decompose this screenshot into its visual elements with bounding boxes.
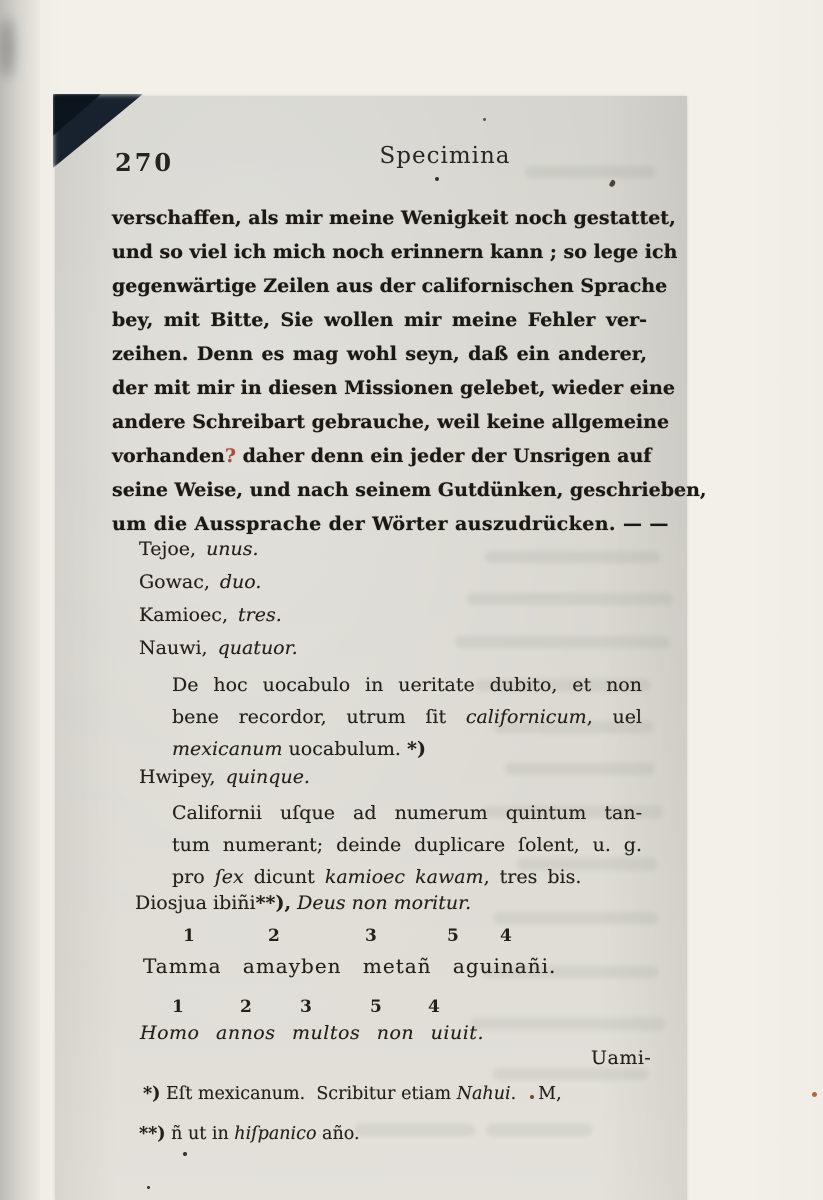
example-sentence-deus: Diosjua ibiñi**), Deus non moritur. — [135, 892, 471, 914]
footnote-italic: hiſpanico — [234, 1124, 316, 1144]
footnote-text: año. — [316, 1124, 359, 1144]
note-text: , tres bis. — [484, 866, 582, 888]
numeral-entry: Gowac,duo. — [139, 571, 261, 593]
gloss-number: 5 — [447, 926, 459, 946]
note-italic: californicum — [466, 706, 587, 728]
ink-speck — [183, 1152, 187, 1156]
note-line: bene recordor, utrum ſit californicum, u… — [172, 701, 642, 733]
german-paragraph: verschaffen, als mir meine Wenigkeit noc… — [112, 201, 647, 541]
german-line: andere Schreibart gebrauche, weil keine … — [112, 405, 647, 439]
ink-speck — [435, 177, 439, 181]
scanned-page: 270 Specimina verschaffen, als mir meine… — [55, 96, 687, 1200]
numeral-entry: Hwipey,quinque. — [139, 766, 310, 788]
latin-gloss: quinque. — [226, 766, 310, 788]
gloss-number: 3 — [365, 926, 377, 946]
book-page-edge-band — [0, 0, 40, 1200]
note-text: pro — [172, 866, 215, 888]
footnote-reference-asterisk: *) — [407, 738, 426, 760]
ink-speck — [483, 118, 486, 121]
page-number: 270 — [115, 148, 174, 177]
footnote-reference-asterisks: **), — [256, 892, 291, 914]
red-correction-mark: ? — [225, 445, 236, 467]
note-italic: kamioec kawam — [325, 866, 484, 888]
note-italic: ſex — [215, 866, 244, 888]
note-line: Californii uſque ad numerum quintum tan- — [172, 797, 642, 829]
signature-mark: M, — [538, 1084, 561, 1104]
footnote-text: Eſt mexicanum. Scribitur etiam — [160, 1084, 456, 1104]
native-phrase: Diosjua ibiñi — [135, 892, 256, 914]
latin-gloss: duo. — [220, 571, 262, 593]
gloss-number: 4 — [428, 997, 440, 1017]
gloss-number-row: 1 2 3 5 4 — [55, 997, 687, 1021]
show-through-texture — [487, 1124, 592, 1136]
scanned-book-photograph: 270 Specimina verschaffen, als mir meine… — [0, 0, 823, 1200]
german-text: vorhanden — [112, 445, 225, 467]
gloss-number: 1 — [172, 997, 184, 1017]
note-text: dicunt — [244, 866, 325, 888]
latin-gloss: Deus non moritur. — [297, 892, 471, 914]
latin-gloss: tres. — [238, 604, 282, 626]
native-word: Kamioec, — [139, 604, 228, 626]
note-line: pro ſex dicunt kamioec kawam, tres bis. — [172, 861, 642, 893]
footnote-italic: Nahui — [457, 1084, 511, 1104]
gloss-number: 1 — [183, 926, 195, 946]
german-line: seine Weise, und nach seinem Gutdünken, … — [112, 473, 647, 507]
note-line: De hoc uocabulo in ueritate dubito, et n… — [172, 669, 642, 701]
numeral-entry: Kamioec,tres. — [139, 604, 282, 626]
note-text: bene recordor, utrum ſit — [172, 706, 466, 728]
gloss-number-row: 1 2 3 5 4 — [55, 926, 687, 950]
german-line: bey, mit Bitte, Sie wollen mir meine Feh… — [112, 303, 647, 337]
note-line: mexicanum uocabulum. *) — [172, 733, 642, 765]
footnote-one: *) Eſt mexicanum. Scribitur etiam Nahui.… — [143, 1084, 562, 1104]
native-word: Gowac, — [139, 571, 210, 593]
latin-note-quinque: Californii uſque ad numerum quintum tan-… — [172, 797, 642, 893]
note-italic: mexicanum — [172, 738, 283, 760]
latin-sentence: Homo annos multos non uiuit. — [140, 1022, 484, 1044]
show-through-texture — [455, 636, 670, 648]
gloss-number: 2 — [268, 926, 280, 946]
native-word: Hwipey, — [139, 766, 216, 788]
german-line: um die Aussprache der Wörter auszudrücke… — [112, 507, 647, 541]
footnote-text: ñ ut in — [166, 1124, 235, 1144]
german-line-with-correction: vorhanden? daher denn ein jeder der Unsr… — [112, 439, 647, 473]
numeral-entry: Tejoe,unus. — [139, 538, 259, 560]
latin-gloss: unus. — [206, 538, 259, 560]
native-word: Nauwi, — [139, 637, 208, 659]
footnote-marker: *) — [143, 1084, 160, 1104]
note-text: uocabulum. — [283, 738, 408, 760]
latin-gloss: quatuor. — [218, 637, 298, 659]
german-line: gegenwärtige Zeilen aus der californisch… — [112, 269, 647, 303]
note-text: , uel — [587, 706, 642, 728]
german-line: und so viel ich mich noch erinnern kann … — [112, 235, 647, 269]
gloss-number: 2 — [240, 997, 252, 1017]
german-text: daher denn ein jeder der Unsrigen auf — [243, 445, 652, 467]
edge-smudge — [0, 18, 14, 78]
german-line: der mit mir in diesen Missionen gelebet,… — [112, 371, 647, 405]
native-sentence: Tamma amayben metañ aguinañi. — [143, 954, 556, 978]
native-word: Tejoe, — [139, 538, 196, 560]
german-line: zeihen. Denn es mag wohl seyn, daß ein a… — [112, 337, 647, 371]
numeral-entry: Nauwi,quatuor. — [139, 637, 298, 659]
show-through-texture — [467, 593, 672, 605]
show-through-texture — [493, 912, 658, 924]
gloss-number: 4 — [500, 926, 512, 946]
footnote-marker: **) — [139, 1124, 166, 1144]
gloss-number: 3 — [300, 997, 312, 1017]
show-through-texture — [355, 1124, 475, 1136]
german-line: verschaffen, als mir meine Wenigkeit noc… — [112, 201, 647, 235]
show-through-texture — [493, 1068, 648, 1080]
gloss-number: 5 — [370, 997, 382, 1017]
footnote-two: **) ñ ut in hiſpanico año. — [139, 1124, 360, 1144]
show-through-texture — [485, 551, 660, 563]
ink-speck — [812, 1092, 817, 1097]
catchword: Uami- — [591, 1047, 651, 1069]
footnote-text: . — [511, 1084, 517, 1104]
latin-note-quatuor: De hoc uocabulo in ueritate dubito, et n… — [172, 669, 642, 765]
ink-speck — [147, 1186, 150, 1189]
note-line: tum numerant; deinde duplicare ſolent, u… — [172, 829, 642, 861]
ink-speck — [530, 1095, 534, 1099]
running-title: Specimina — [295, 143, 595, 169]
